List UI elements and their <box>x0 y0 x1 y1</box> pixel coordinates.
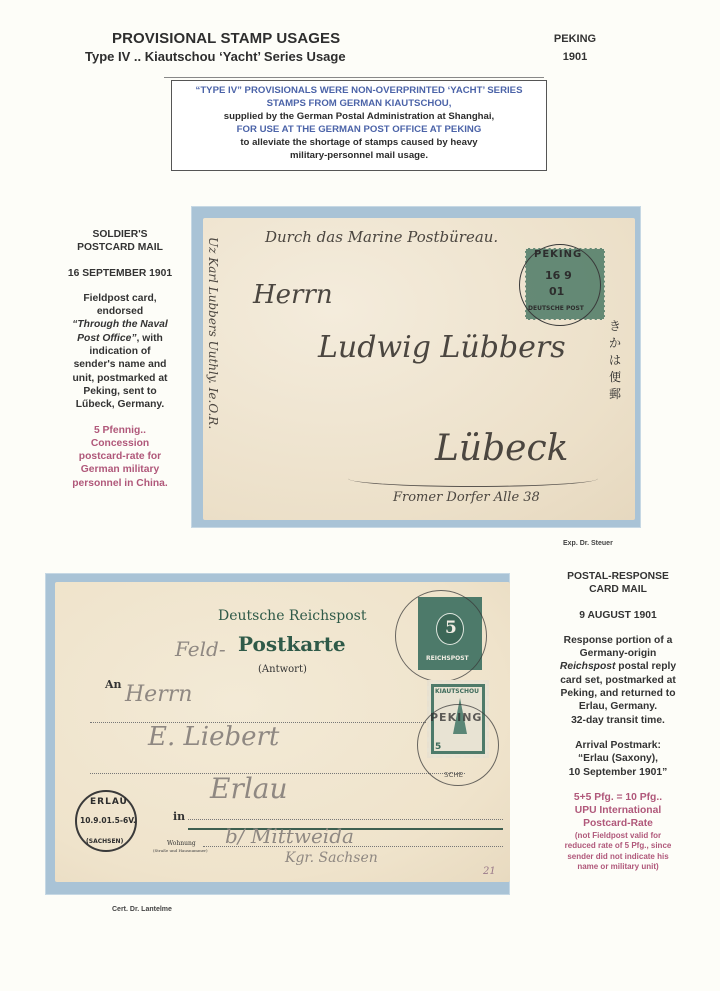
card2-hand-region: Kgr. Sachsen <box>285 850 378 866</box>
item2-desc-c-rest: postal reply <box>615 661 676 672</box>
card2-adhesive-label: KIAUTSCHOU <box>435 688 479 695</box>
item2-rate-note-0: (not Fieldpost valid for <box>528 831 708 842</box>
item1-rate-1: Concession <box>45 437 195 450</box>
card1-street: Fromer Dorfer Alle 38 <box>393 490 540 505</box>
item1-postcard: Durch das Marine Postbüreau. Herrn Ludwi… <box>203 218 635 520</box>
item2-desc-c: Reichspost postal reply <box>528 660 708 673</box>
item2-rate-2: Postcard-Rate <box>528 817 708 830</box>
card2-hand-name: E. Liebert <box>148 722 279 752</box>
item2-rate-note-2: sender did not indicate his <box>528 852 708 863</box>
item1-desc-3: Post Office”, with <box>45 332 195 345</box>
card2-wohnung-label: Wohnung <box>167 840 196 847</box>
item2-rate-0: 5+5 Pfg. = 10 Pfg.. <box>528 791 708 804</box>
card1-japanese-text: きかは便郵 <box>609 318 623 403</box>
item1-desc-8: Lűbeck, Germany. <box>45 398 195 411</box>
intro-line-6: military-personnel mail usage. <box>178 149 540 162</box>
item1-desc-6: unit, postmarked at <box>45 372 195 385</box>
card2-erlau-bottom: (SACHSEN) <box>86 838 123 845</box>
item1-rate-3: German military <box>45 463 195 476</box>
card2-subtitle: (Antwort) <box>258 664 307 675</box>
item1-desc-1: endorsed <box>45 305 195 318</box>
card2-erlau-postmark: ERLAU 10.9.01.5-6V. (SACHSEN) <box>75 790 137 852</box>
item1-heading-1: SOLDIER'S <box>45 228 195 241</box>
item2-rate-note-1: reduced rate of 5 Pfg., since <box>528 841 708 852</box>
item2-desc-d: card set, postmarked at <box>528 674 708 687</box>
item2-arrival-2: 10 September 1901” <box>528 766 708 779</box>
card2-peking-postmark: PEKING SCHE <box>417 704 499 786</box>
item2-date: 9 AUGUST 1901 <box>528 609 708 622</box>
item2-description: POSTAL-RESPONSE CARD MAIL 9 AUGUST 1901 … <box>528 570 708 873</box>
page-subtitle: Type IV .. Kiautschou ‘Yacht’ Series Usa… <box>85 49 346 64</box>
card1-peking-postmark: PEKING 16 9 01 DEUTSCHE POST <box>519 244 601 326</box>
card2-address-line-3 <box>188 819 503 820</box>
header-divider <box>164 77 544 78</box>
item1-description: SOLDIER'S POSTCARD MAIL 16 SEPTEMBER 190… <box>45 228 195 490</box>
item2-heading-2: CARD MAIL <box>528 583 708 596</box>
card2-in-label: in <box>173 810 185 823</box>
card2-an-label: An <box>105 678 122 691</box>
card2-hand-herrn: Herrn <box>125 682 192 707</box>
card2-corner-mark: 21 <box>483 866 496 877</box>
item1-heading-2: POSTCARD MAIL <box>45 241 195 254</box>
item2-credit: Cert. Dr. Lantelme <box>112 906 172 913</box>
item2-rate-1: UPU International <box>528 804 708 817</box>
card1-city: Lübeck <box>435 428 568 469</box>
intro-line-2: STAMPS FROM GERMAN KIAUTSCHOU, <box>178 97 540 110</box>
item2-heading-1: POSTAL-RESPONSE <box>528 570 708 583</box>
item1-desc-7: Peking, sent to <box>45 385 195 398</box>
card2-title: Postkarte <box>238 632 346 656</box>
card1-pm-bottom: DEUTSCHE POST <box>528 305 584 312</box>
item1-desc-5: sender's name and <box>45 358 195 371</box>
location-label: PEKING <box>545 33 605 45</box>
item1-desc-2: “Through the Naval <box>45 318 195 331</box>
item2-arrival-0: Arrival Postmark: <box>528 739 708 752</box>
item2-rate-note-3: name or military unit) <box>528 862 708 873</box>
card1-endorsement: Durch das Marine Postbüreau. <box>265 228 498 246</box>
card1-addressee: Ludwig Lübbers <box>318 330 566 365</box>
card1-salutation: Herrn <box>253 280 333 310</box>
item2-desc-e: Peking, and returned to <box>528 687 708 700</box>
item1-rate-0: 5 Pfennig.. <box>45 424 195 437</box>
item1-rate-2: postcard-rate for <box>45 450 195 463</box>
item2-desc-b: Germany-origin <box>528 647 708 660</box>
card1-pm-top: PEKING <box>534 249 582 260</box>
card2-pm-top: PEKING <box>430 711 482 724</box>
item1-credit: Exp. Dr. Steuer <box>563 540 613 547</box>
item2-postcard: Deutsche Reichspost Postkarte (Antwort) … <box>55 582 510 882</box>
card1-sender-vertical: Uz Karl Lubbers Uuthly. Ie.O.R. <box>206 237 220 497</box>
card2-wohnung-sub: (Straße und Hausnummer) <box>153 848 208 853</box>
intro-box: “TYPE IV” PROVISIONALS WERE NON-OVERPRIN… <box>171 80 547 171</box>
item2-desc-a: Response portion of a <box>528 634 708 647</box>
card2-erlau-top: ERLAU <box>90 797 128 807</box>
item2-desc-f: Erlau, Germany. <box>528 700 708 713</box>
item2-desc-c-italic: Reichspost <box>560 661 616 672</box>
page-title: PROVISIONAL STAMP USAGES <box>112 30 340 47</box>
card2-hand-feld: Feld- <box>175 637 226 661</box>
card1-city-underline <box>348 470 598 487</box>
item1-desc-4: indication of <box>45 345 195 358</box>
card2-indicium-postmark <box>395 590 487 682</box>
card2-erlau-date: 10.9.01.5-6V. <box>80 816 136 825</box>
card2-hand-via: b/ Mittweida <box>225 824 354 848</box>
intro-line-1: “TYPE IV” PROVISIONALS WERE NON-OVERPRIN… <box>178 84 540 97</box>
intro-line-4: FOR USE AT THE GERMAN POST OFFICE AT PEK… <box>178 123 540 136</box>
item1-date: 16 SEPTEMBER 1901 <box>45 267 195 280</box>
card2-pm-bottom: SCHE <box>444 771 463 779</box>
item1-desc-0: Fieldpost card, <box>45 292 195 305</box>
item2-arrival-1: “Erlau (Saxony), <box>528 752 708 765</box>
intro-line-5: to alleviate the shortage of stamps caus… <box>178 136 540 149</box>
item2-desc-g: 32-day transit time. <box>528 714 708 727</box>
card1-pm-year: 01 <box>549 285 564 298</box>
intro-line-3: supplied by the German Postal Administra… <box>178 110 540 123</box>
year-label: 1901 <box>545 51 605 63</box>
card1-pm-date: 16 9 <box>545 269 572 282</box>
item1-rate-4: personnel in China. <box>45 477 195 490</box>
card2-header: Deutsche Reichspost <box>218 608 366 624</box>
card2-hand-city: Erlau <box>210 772 288 805</box>
item1-desc-3-italic: Post Office” <box>77 333 136 344</box>
